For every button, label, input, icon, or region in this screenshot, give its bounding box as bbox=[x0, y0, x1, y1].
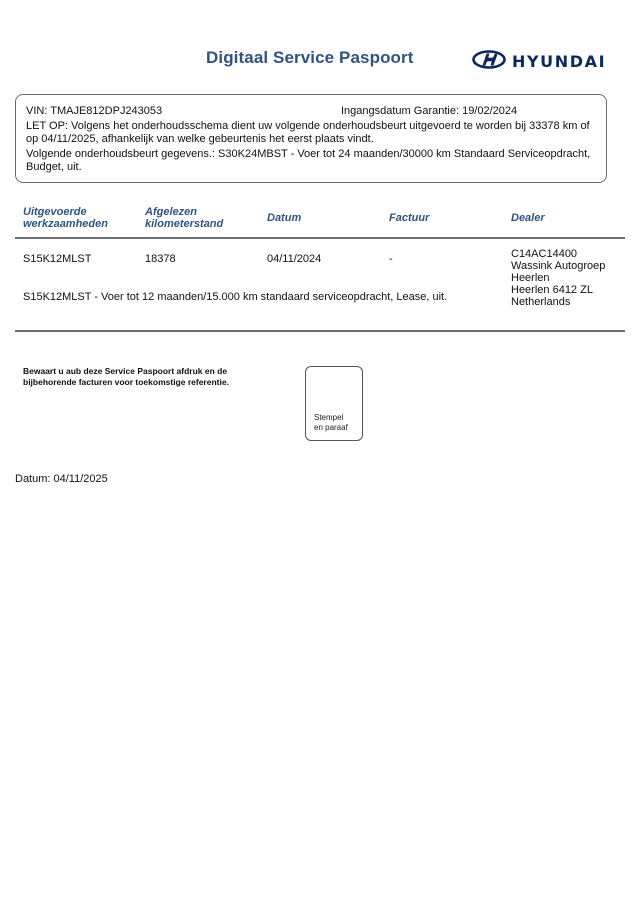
stamp-label: Stempel en paraaf bbox=[314, 413, 348, 433]
cell-kilometerstand: 18378 bbox=[145, 253, 176, 265]
column-header-factuur: Factuur bbox=[389, 212, 429, 224]
cell-dealer: C14AC14400 Wassink Autogroep Heerlen Hee… bbox=[511, 248, 605, 308]
table-bottom-divider bbox=[15, 330, 625, 332]
warranty-start-date: Ingangsdatum Garantie: 19/02/2024 bbox=[341, 105, 517, 118]
next-service-notice: LET OP: Volgens het onderhoudsschema die… bbox=[26, 120, 596, 146]
hyundai-emblem-icon bbox=[472, 50, 506, 74]
page-title: Digitaal Service Paspoort bbox=[206, 48, 414, 68]
column-header-dealer: Dealer bbox=[511, 212, 545, 224]
brand-name: HYUNDAI bbox=[512, 53, 606, 71]
cell-datum: 04/11/2024 bbox=[267, 253, 321, 265]
info-box: VIN: TMAJE812DPJ243053 Ingangsdatum Gara… bbox=[15, 94, 607, 183]
header-divider bbox=[15, 237, 625, 239]
column-header-datum: Datum bbox=[267, 212, 301, 224]
hyundai-logo: HYUNDAI bbox=[472, 50, 606, 74]
retention-note: Bewaart u aub deze Service Paspoort afdr… bbox=[23, 366, 229, 388]
column-header-werkzaamheden: Uitgevoerde werkzaamheden bbox=[23, 206, 108, 230]
cell-omschrijving: S15K12MLST - Voer tot 12 maanden/15.000 … bbox=[23, 291, 447, 303]
print-date: Datum: 04/11/2025 bbox=[15, 473, 108, 485]
cell-factuur: - bbox=[389, 253, 393, 265]
cell-werkzaamheden: S15K12MLST bbox=[23, 253, 91, 265]
stamp-box: Stempel en paraaf bbox=[305, 366, 363, 441]
vin-text: VIN: TMAJE812DPJ243053 bbox=[26, 105, 162, 118]
next-service-details: Volgende onderhoudsbeurt gegevens.: S30K… bbox=[26, 148, 596, 174]
column-header-kilometerstand: Afgelezen kilometerstand bbox=[145, 206, 223, 230]
